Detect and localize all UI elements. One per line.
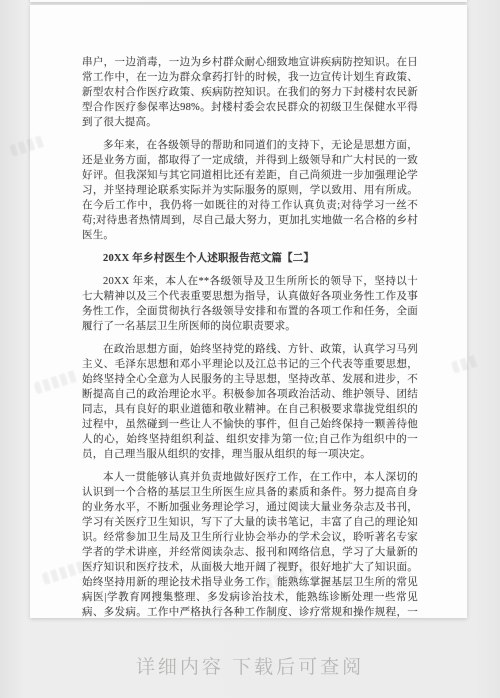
document-page: 串户，一边消毒，一边为乡村群众耐心细致地宣讲疾病防控知识。在日常工作中，在一边为… xyxy=(30,5,467,618)
paragraph: 本人一贯能够认真并负责地做好医疗工作，在工作中，本人深切的认识到一个合格的基层卫… xyxy=(82,470,418,618)
preview-canvas: 串户，一边消毒，一边为乡村群众耐心细致地宣讲疾病防控知识。在日常工作中，在一边为… xyxy=(0,0,500,698)
paragraph: 串户，一边消毒，一边为乡村群众耐心细致地宣讲疾病防控知识。在日常工作中，在一边为… xyxy=(82,55,418,130)
download-notice: 详细内容 下载后可查阅 xyxy=(0,652,500,679)
paragraph: 在政治思想方面，始终坚持党的路线、方针、政策，认真学习马列主义、毛泽东思想和邓小… xyxy=(82,342,418,462)
paragraph: 多年来，在各级领导的帮助和同道们的支持下，无论是思想方面，还是业务方面，都取得了… xyxy=(82,138,418,243)
section-title: 20XX 年乡村医生个人述职报告范文篇【二】 xyxy=(82,251,418,266)
paragraph: 20XX 年来，本人在**各级领导及卫生所所长的领导下，坚持以十七大精神以及三个… xyxy=(82,274,418,334)
previous-page-edge xyxy=(30,0,467,2)
